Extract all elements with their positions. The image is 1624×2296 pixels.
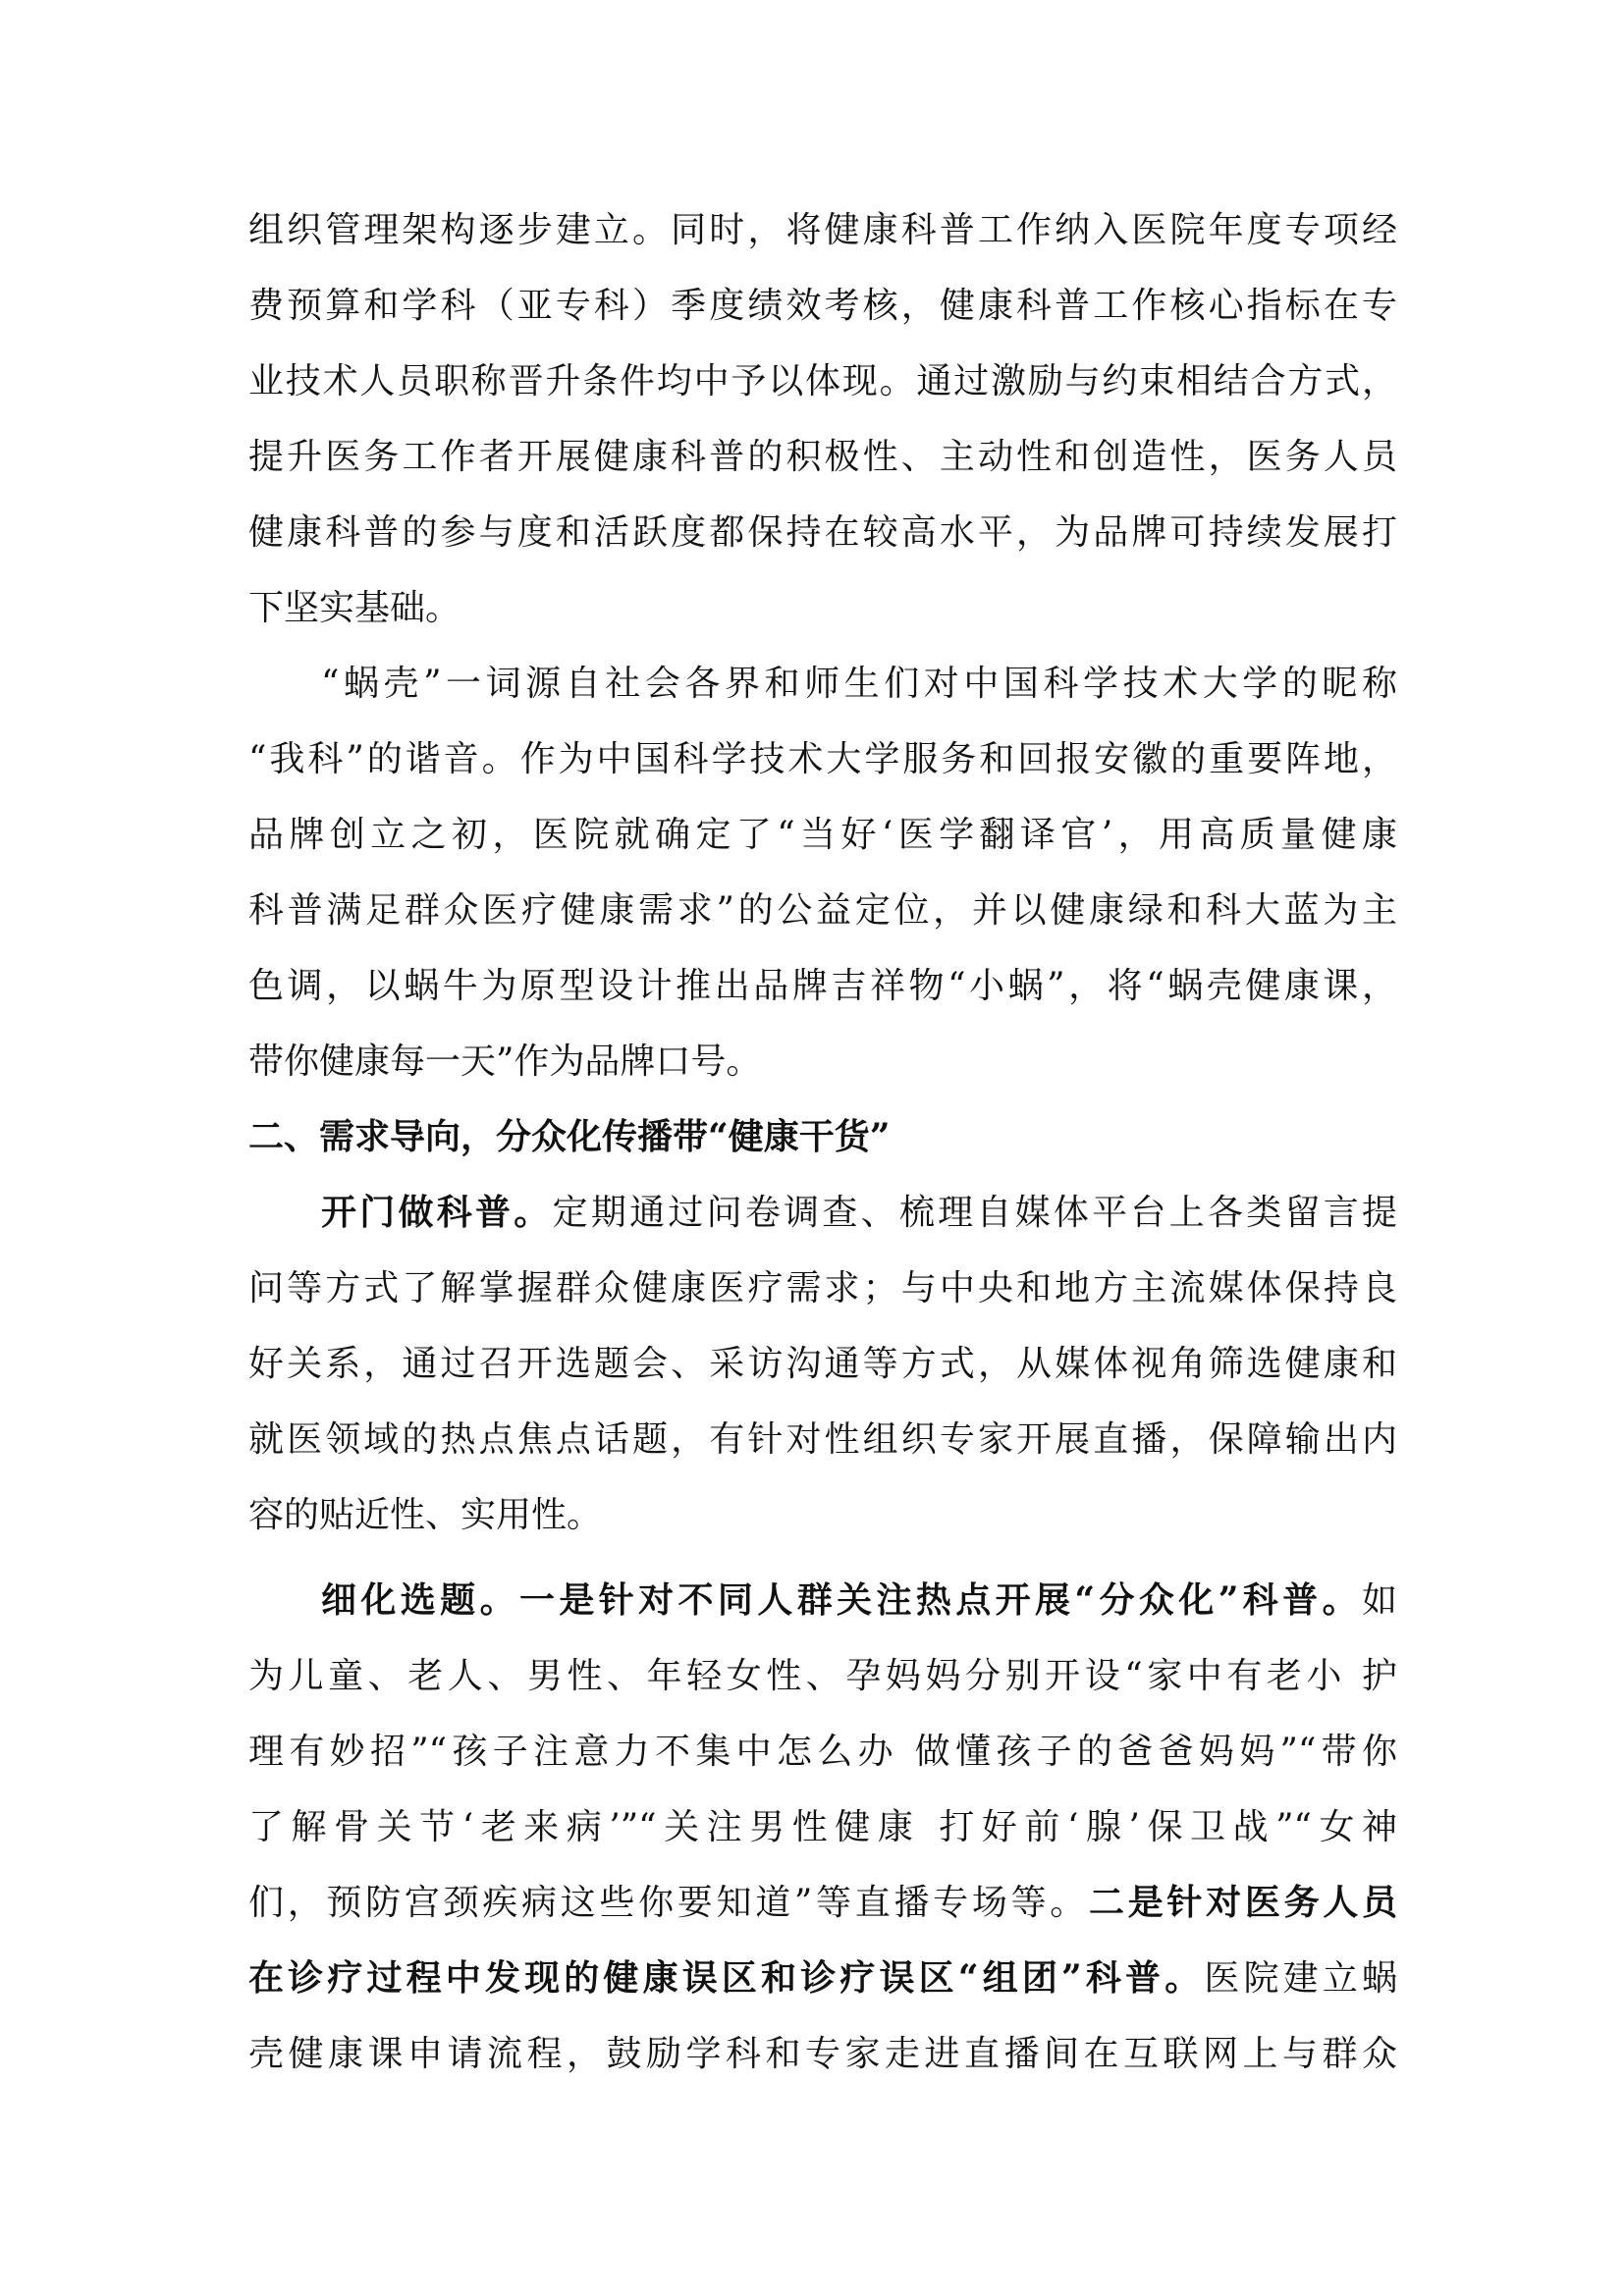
text-run: 如	[1362, 1580, 1397, 1621]
text-line: 在诊疗过程中发现的健康误区和诊疗误区“组团”科普。医院建立蜗	[248, 1941, 1397, 2016]
text-line: 业技术人员职称晋升条件均中予以体现。通过激励与约束相结合方式，	[248, 344, 1397, 419]
lead-phrase: 开门做科普。	[321, 1192, 553, 1233]
text-run: 医院建立蜗	[1204, 1958, 1397, 1999]
emphasis-phrase: 二是针对医务人员	[1089, 1882, 1397, 1923]
text-run: 们，预防宫颈疾病这些你要知道”等直播专场等。	[248, 1883, 1089, 1923]
text-line: 了解骨关节‘老来病’”“关注男性健康 打好前‘腺’保卫战”“女神	[248, 1789, 1397, 1865]
text-line: 品牌创立之初，医院就确定了“当好‘医学翻译官’，用高质量健康	[248, 797, 1397, 873]
text-line: 开门做科普。定期通过问卷调查、梳理自媒体平台上各类留言提	[248, 1175, 1397, 1251]
document-page: 组织管理架构逐步建立。同时，将健康科普工作纳入医院年度专项经 费预算和学科（亚专…	[248, 192, 1397, 2092]
text-line: 细化选题。一是针对不同人群关注热点开展“分众化”科普。如	[248, 1563, 1397, 1638]
text-line: 健康科普的参与度和活跃度都保持在较高水平，为品牌可持续发展打	[248, 495, 1397, 570]
text-line: “我科”的谐音。作为中国科学技术大学服务和回报安徽的重要阵地，	[248, 721, 1397, 797]
section-heading: 二、需求导向，分众化传播带“健康干货”	[248, 1099, 1397, 1175]
text-line: 们，预防宫颈疾病这些你要知道”等直播专场等。二是针对医务人员	[248, 1865, 1397, 1941]
text-line: 带你健康每一天”作为品牌口号。	[248, 1024, 1397, 1099]
text-line: 问等方式了解掌握群众健康医疗需求；与中央和地方主流媒体保持良	[248, 1251, 1397, 1326]
paragraph-brand-origin: “蜗壳”一词源自社会各界和师生们对中国科学技术大学的昵称 “我科”的谐音。作为中…	[248, 646, 1397, 1099]
text-line: 色调，以蜗牛为原型设计推出品牌吉祥物“小蜗”，将“蜗壳健康课，	[248, 948, 1397, 1024]
text-line: “蜗壳”一词源自社会各界和师生们对中国科学技术大学的昵称	[248, 646, 1397, 721]
text-line: 组织管理架构逐步建立。同时，将健康科普工作纳入医院年度专项经	[248, 192, 1397, 268]
text-line: 费预算和学科（亚专科）季度绩效考核，健康科普工作核心指标在专	[248, 268, 1397, 344]
text-line: 理有妙招”“孩子注意力不集中怎么办 做懂孩子的爸爸妈妈”“带你	[248, 1714, 1397, 1789]
lead-phrase: 细化选题。一是针对不同人群关注热点开展“分众化”科普。	[321, 1579, 1362, 1621]
text-line: 好关系，通过召开选题会、采访沟通等方式，从媒体视角筛选健康和	[248, 1326, 1397, 1402]
text-line: 为儿童、老人、男性、年轻女性、孕妈妈分别开设“家中有老小 护	[248, 1638, 1397, 1714]
text-line: 容的贴近性、实用性。	[248, 1477, 1397, 1553]
emphasis-phrase: 在诊疗过程中发现的健康误区和诊疗误区“组团”科普。	[248, 1957, 1204, 1999]
paragraph-topic-refinement: 细化选题。一是针对不同人群关注热点开展“分众化”科普。如 为儿童、老人、男性、年…	[248, 1563, 1397, 2092]
paragraph-open-door: 开门做科普。定期通过问卷调查、梳理自媒体平台上各类留言提 问等方式了解掌握群众健…	[248, 1175, 1397, 1553]
text-line: 就医领域的热点焦点话题，有针对性组织专家开展直播，保障输出内	[248, 1402, 1397, 1477]
text-line: 壳健康课申请流程，鼓励学科和专家走进直播间在互联网上与群众	[248, 2016, 1397, 2092]
text-line: 科普满足群众医疗健康需求”的公益定位，并以健康绿和科大蓝为主	[248, 873, 1397, 948]
text-line: 下坚实基础。	[248, 570, 1397, 646]
text-line: 提升医务工作者开展健康科普的积极性、主动性和创造性，医务人员	[248, 419, 1397, 495]
text-run: 定期通过问卷调查、梳理自媒体平台上各类留言提	[553, 1193, 1397, 1233]
paragraph-incentive: 组织管理架构逐步建立。同时，将健康科普工作纳入医院年度专项经 费预算和学科（亚专…	[248, 192, 1397, 646]
